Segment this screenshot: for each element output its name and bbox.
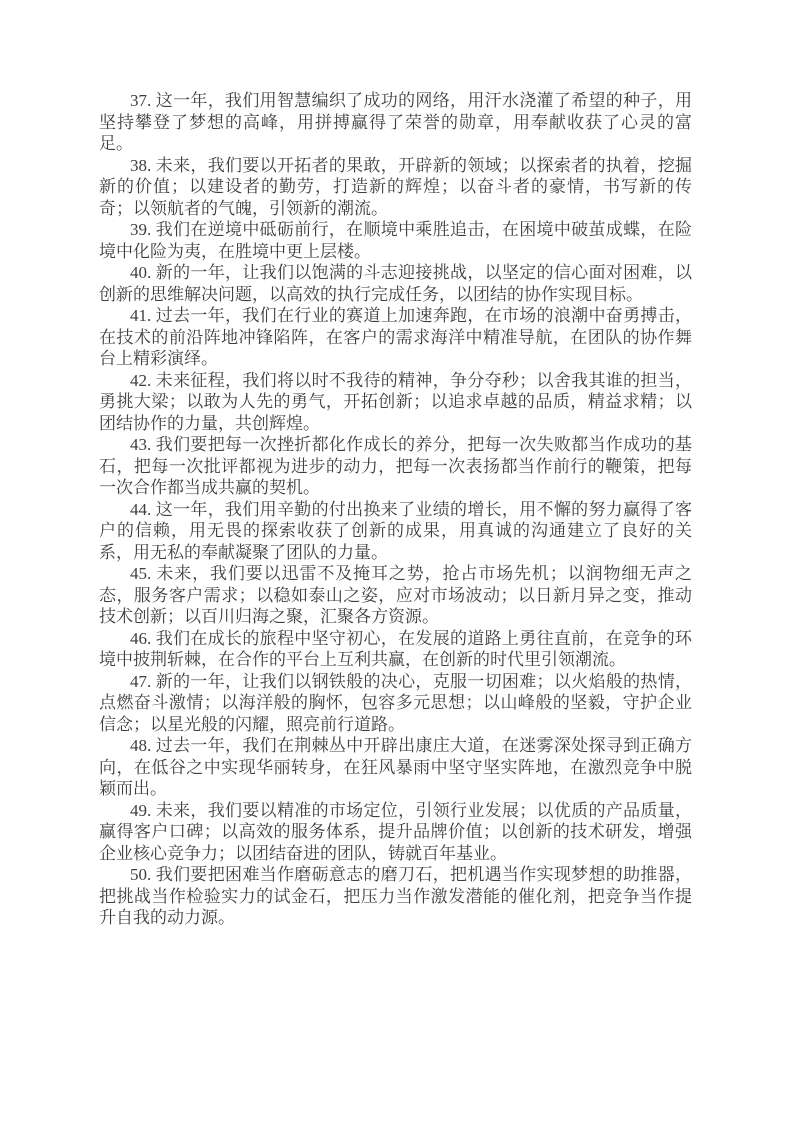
paragraph-40: 40. 新的一年，让我们以饱满的斗志迎接挑战，以坚定的信心面对困难，以创新的思维… xyxy=(99,262,692,305)
paragraph-38: 38. 未来，我们要以开拓者的果敢，开辟新的领域；以探索者的执着，挖掘新的价值；… xyxy=(99,155,692,220)
paragraph-44: 44. 这一年，我们用辛勤的付出换来了业绩的增长，用不懈的努力赢得了客户的信赖，… xyxy=(99,499,692,564)
paragraph-48: 48. 过去一年，我们在荆棘丛中开辟出康庄大道，在迷雾深处探寻到正确方向，在低谷… xyxy=(99,735,692,800)
paragraph-37: 37. 这一年，我们用智慧编织了成功的网络，用汗水浇灌了希望的种子，用坚持攀登了… xyxy=(99,90,692,155)
paragraph-47: 47. 新的一年，让我们以钢铁般的决心，克服一切困难；以火焰般的热情，点燃奋斗激… xyxy=(99,671,692,736)
document-body: 37. 这一年，我们用智慧编织了成功的网络，用汗水浇灌了希望的种子，用坚持攀登了… xyxy=(99,90,692,929)
paragraph-41: 41. 过去一年，我们在行业的赛道上加速奔跑，在市场的浪潮中奋勇搏击，在技术的前… xyxy=(99,305,692,370)
document-page: 37. 这一年，我们用智慧编织了成功的网络，用汗水浇灌了希望的种子，用坚持攀登了… xyxy=(0,0,793,1122)
paragraph-50: 50. 我们要把困难当作磨砺意志的磨刀石，把机遇当作实现梦想的助推器，把挑战当作… xyxy=(99,864,692,929)
paragraph-45: 45. 未来，我们要以迅雷不及掩耳之势，抢占市场先机；以润物细无声之态，服务客户… xyxy=(99,563,692,628)
paragraph-39: 39. 我们在逆境中砥砺前行，在顺境中乘胜追击，在困境中破茧成蝶，在险境中化险为… xyxy=(99,219,692,262)
paragraph-46: 46. 我们在成长的旅程中坚守初心，在发展的道路上勇往直前，在竞争的环境中披荆斩… xyxy=(99,628,692,671)
paragraph-43: 43. 我们要把每一次挫折都化作成长的养分，把每一次失败都当作成功的基石，把每一… xyxy=(99,434,692,499)
paragraph-49: 49. 未来，我们要以精准的市场定位，引领行业发展；以优质的产品质量，赢得客户口… xyxy=(99,800,692,865)
paragraph-42: 42. 未来征程，我们将以时不我待的精神，争分夺秒；以舍我其谁的担当，勇挑大梁；… xyxy=(99,370,692,435)
